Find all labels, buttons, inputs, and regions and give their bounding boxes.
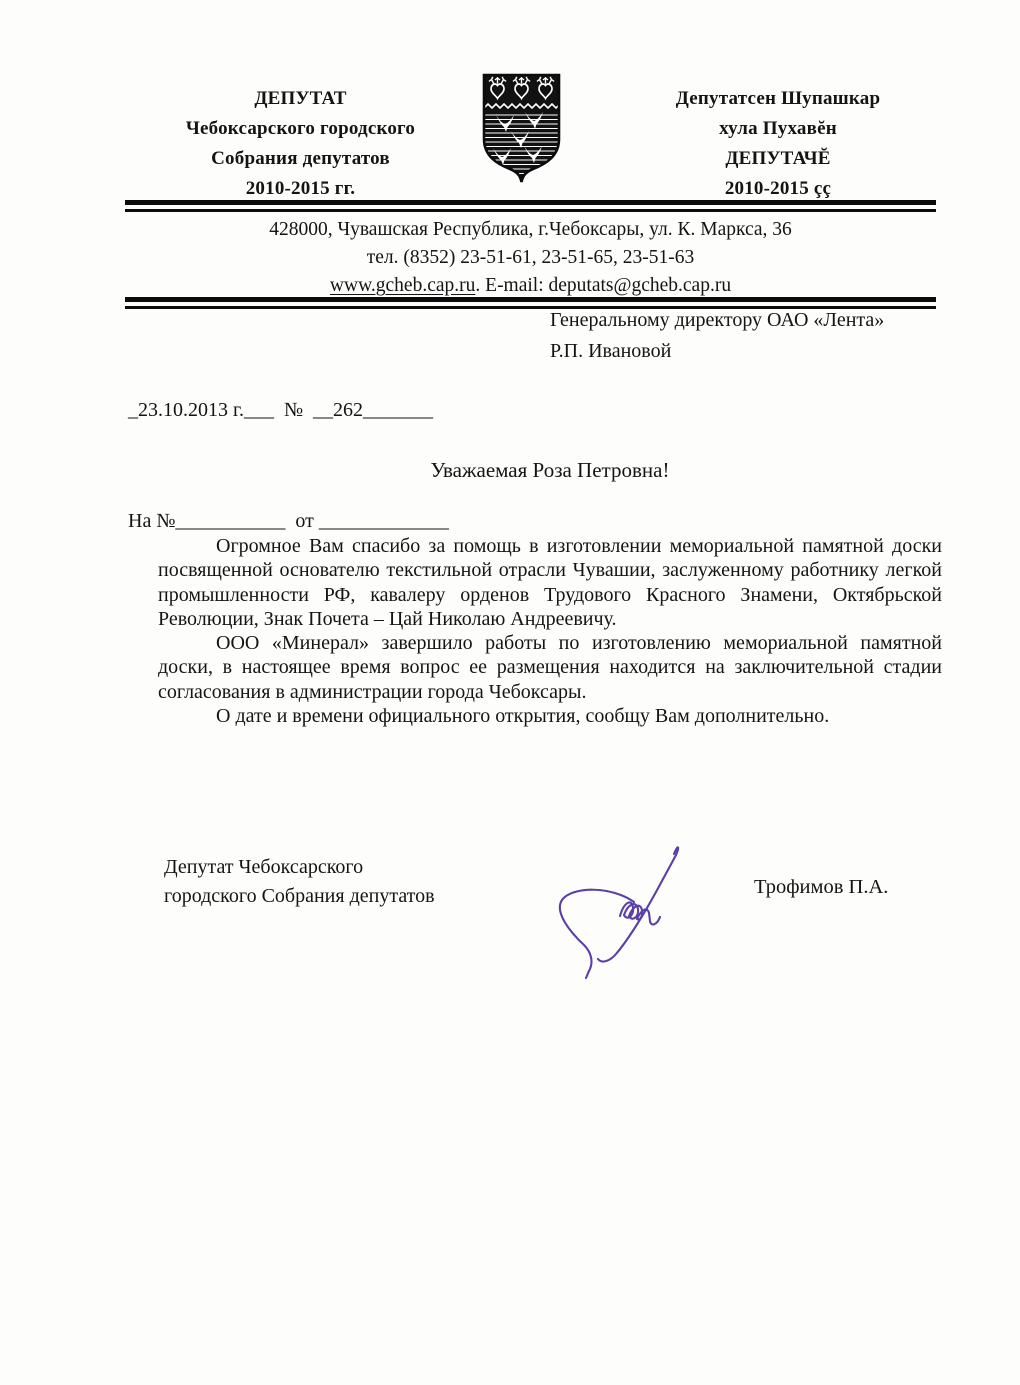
letterhead-left-line: Чебоксарского городского [128, 114, 473, 144]
cheboksary-coat-of-arms-icon [479, 71, 564, 189]
signer-name: Трофимов П.А. [754, 876, 974, 899]
body-paragraph: Огромное Вам спасибо за помощь в изготов… [158, 534, 942, 631]
letterhead-left-line: Собрания депутатов [128, 144, 473, 174]
contact-web-line: www.gcheb.cap.ru. E-mail: deputats@gcheb… [125, 272, 936, 300]
date-number-line: _23.10.2013 г.___ № __262_______ [128, 392, 568, 429]
letterhead-right-line: ДЕПУТАЧĔ [612, 144, 944, 174]
contact-block: 428000, Чувашская Республика, г.Чебоксар… [125, 216, 936, 300]
signer-position-block: Депутат Чебоксарского городского Собрани… [164, 853, 584, 910]
letterhead-right-line: хула Пухавĕн [612, 114, 944, 144]
signer-position-line: городского Собрания депутатов [164, 882, 584, 911]
letter-body: Огромное Вам спасибо за помощь в изготов… [158, 534, 942, 728]
divider-double-rule-top [125, 200, 936, 212]
salutation: Уважаемая Роза Петровна! [158, 458, 942, 483]
scanned-letter-page: ДЕПУТАТ Чебоксарского городского Собрани… [0, 0, 1020, 1385]
letterhead-left-block: ДЕПУТАТ Чебоксарского городского Собрани… [128, 84, 473, 204]
body-paragraph: ООО «Минерал» завершило работы по изгото… [158, 631, 942, 704]
contact-phone: тел. (8352) 23-51-61, 23-51-65, 23-51-63 [125, 244, 936, 272]
handwritten-signature [528, 840, 710, 985]
letterhead-right-block: Депутатсен Шупашкар хула Пухавĕн ДЕПУТАЧ… [612, 84, 944, 204]
letterhead-left-line: ДЕПУТАТ [128, 84, 473, 114]
body-paragraph: О дате и времени официального открытия, … [158, 704, 942, 728]
email-text: . E-mail: deputats@gcheb.cap.ru [475, 275, 731, 296]
letterhead-right-line: Депутатсен Шупашкар [612, 84, 944, 114]
addressee-line: Генеральному директору ОАО «Лента» [550, 305, 960, 336]
contact-address: 428000, Чувашская Республика, г.Чебоксар… [125, 216, 936, 244]
signer-position-line: Депутат Чебоксарского [164, 853, 584, 882]
website-link: www.gcheb.cap.ru [330, 275, 475, 296]
addressee-line: Р.П. Ивановой [550, 336, 960, 367]
addressee-block: Генеральному директору ОАО «Лента» Р.П. … [550, 305, 960, 367]
